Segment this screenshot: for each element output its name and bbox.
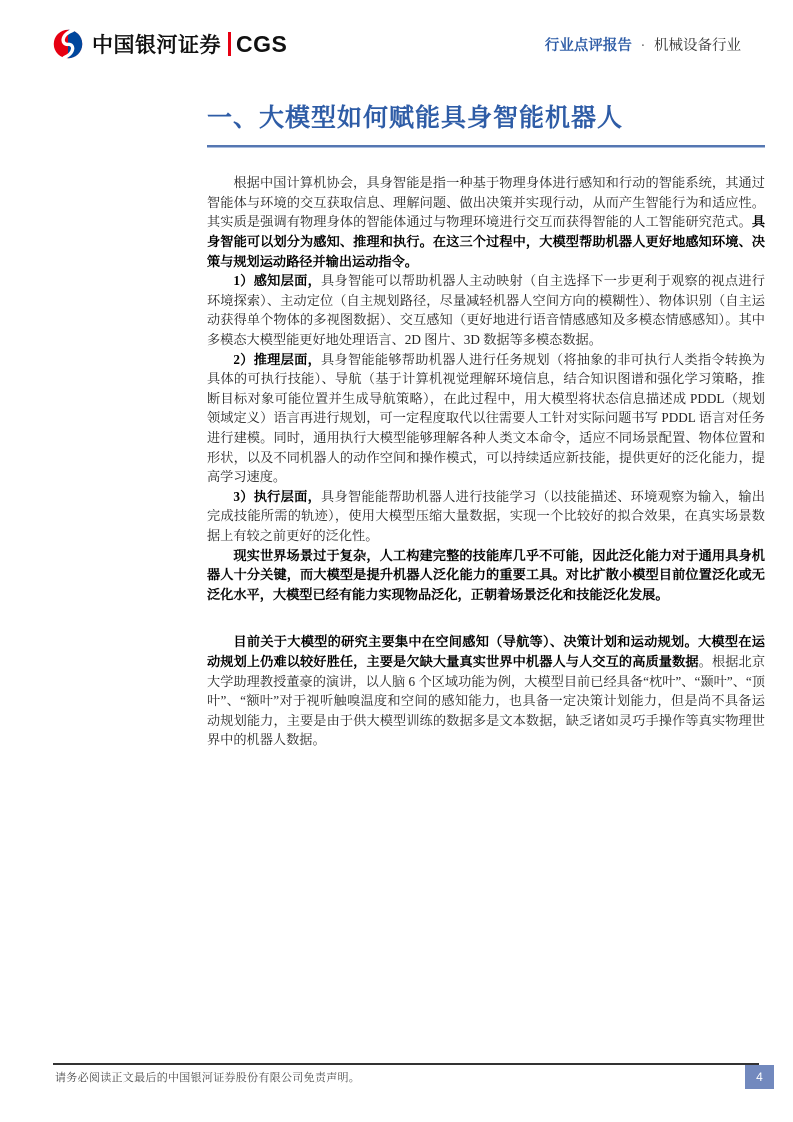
paragraph-perception: 1）感知层面，具身智能可以帮助机器人主动映射（自主选择下一步更利于观察的视点进行…	[207, 271, 765, 349]
p1-text: 根据中国计算机协会，具身智能是指一种基于物理身体进行感知和行动的智能系统，其通过…	[207, 175, 765, 229]
brand: 中国银河证券 CGS	[53, 29, 287, 59]
brand-divider	[228, 32, 231, 56]
brand-name-en: CGS	[236, 31, 287, 58]
body-text: 根据中国计算机协会，具身智能是指一种基于物理身体进行感知和行动的智能系统，其通过…	[207, 173, 765, 750]
page-header: 中国银河证券 CGS 行业点评报告 · 机械设备行业	[53, 24, 753, 64]
paragraph-definition: 根据中国计算机协会，具身智能是指一种基于物理身体进行感知和行动的智能系统，其通过…	[207, 173, 765, 271]
p3-lead: 2）推理层面，	[233, 352, 321, 367]
brand-name-cn: 中国银河证券	[92, 29, 221, 59]
galaxy-swirl-icon	[53, 29, 83, 59]
p3-text: 具身智能能够帮助机器人进行任务规划（将抽象的非可执行人类指令转换为具体的可执行技…	[207, 352, 765, 485]
industry-label: 机械设备行业	[654, 38, 741, 54]
report-meta: 行业点评报告 · 机械设备行业	[545, 34, 753, 55]
page-number-badge: 4	[745, 1065, 774, 1089]
content-column: 一、大模型如何赋能具身智能机器人 根据中国计算机协会，具身智能是指一种基于物理身…	[207, 103, 765, 750]
paragraph-research-status: 目前关于大模型的研究主要集中在空间感知（导航等）、决策计划和运动规划。大模型在运…	[207, 632, 765, 750]
paragraph-execution: 3）执行层面，具身智能能帮助机器人进行技能学习（以技能描述、环境观察为输入，输出…	[207, 487, 765, 546]
section-title-rule	[207, 145, 765, 148]
report-page: 中国银河证券 CGS 行业点评报告 · 机械设备行业 一、大模型如何赋能具身智能…	[0, 0, 793, 1122]
p2-lead: 1）感知层面，	[233, 273, 321, 288]
section-title: 一、大模型如何赋能具身智能机器人	[207, 103, 765, 134]
paragraph-generalization: 现实世界场景过于复杂，人工构建完整的技能库几乎不可能，因此泛化能力对于通用具身机…	[207, 546, 765, 605]
p5-emphasis: 现实世界场景过于复杂，人工构建完整的技能库几乎不可能，因此泛化能力对于通用具身机…	[207, 548, 765, 602]
p4-lead: 3）执行层面，	[233, 489, 321, 504]
report-type-label: 行业点评报告	[545, 38, 632, 54]
disclaimer-text: 请务必阅读正文最后的中国银河证券股份有限公司免责声明。	[55, 1069, 360, 1085]
meta-dot-separator: ·	[636, 38, 651, 54]
paragraph-reasoning: 2）推理层面，具身智能能够帮助机器人进行任务规划（将抽象的非可执行人类指令转换为…	[207, 350, 765, 487]
footer-rule	[53, 1063, 759, 1065]
p6-emphasis: 目前关于大模型的研究主要集中在空间感知（导航等）、决策计划和运动规划。大模型在运…	[207, 634, 765, 669]
